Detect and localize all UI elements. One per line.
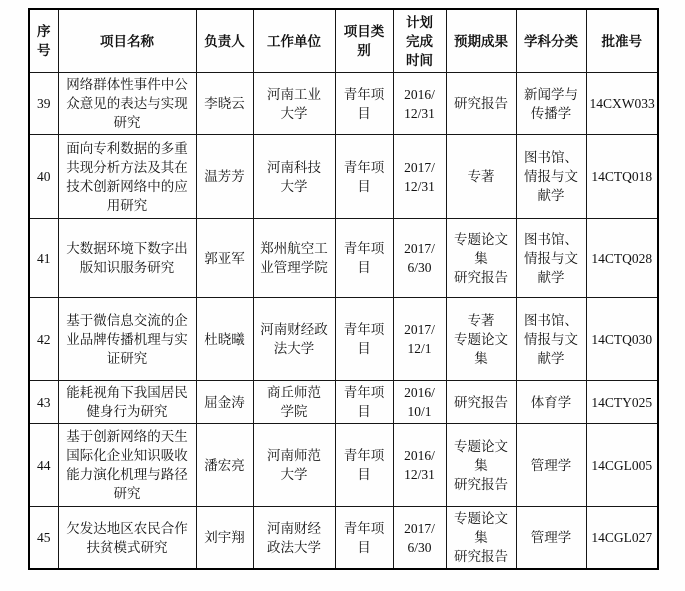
- cell-category: 青年项目: [335, 507, 393, 570]
- cell-time: 2016/ 12/31: [393, 73, 446, 135]
- cell-no: 43: [29, 381, 58, 424]
- cell-no: 45: [29, 507, 58, 570]
- table-row: 43能耗视角下我国居民健身行为研究屈金涛商丘师范 学院青年项目2016/ 10/…: [29, 381, 658, 424]
- cell-no: 41: [29, 219, 58, 298]
- header-row: 序号 项目名称 负责人 工作单位 项目类别 计划 完成 时间 预期成果 学科分类…: [29, 9, 658, 73]
- column-header-outcome: 预期成果: [446, 9, 516, 73]
- table-row: 42基于微信息交流的企业品牌传播机理与实证研究杜晓曦河南财经政 法大学青年项目2…: [29, 298, 658, 381]
- cell-outcome: 专题论文集 研究报告: [446, 424, 516, 507]
- cell-no: 42: [29, 298, 58, 381]
- cell-no: 44: [29, 424, 58, 507]
- cell-outcome: 专题论文集 研究报告: [446, 219, 516, 298]
- table-row: 41大数据环境下数字出版知识服务研究郭亚军郑州航空工 业管理学院青年项目2017…: [29, 219, 658, 298]
- cell-discipline: 管理学: [516, 507, 586, 570]
- cell-time: 2017/ 12/31: [393, 135, 446, 219]
- cell-grant: 14CTQ018: [586, 135, 658, 219]
- table-row: 44基于创新网络的天生国际化企业知识吸收能力演化机理与路径研究潘宏亮河南师范 大…: [29, 424, 658, 507]
- cell-category: 青年项目: [335, 381, 393, 424]
- cell-time: 2017/ 6/30: [393, 507, 446, 570]
- cell-outcome: 专题论文集 研究报告: [446, 507, 516, 570]
- cell-name: 欠发达地区农民合作扶贫模式研究: [58, 507, 196, 570]
- cell-leader: 杜晓曦: [196, 298, 253, 381]
- cell-unit: 郑州航空工 业管理学院: [253, 219, 335, 298]
- cell-grant: 14CGL027: [586, 507, 658, 570]
- cell-outcome: 研究报告: [446, 73, 516, 135]
- cell-time: 2017/ 12/1: [393, 298, 446, 381]
- column-header-unit: 工作单位: [253, 9, 335, 73]
- column-header-grant: 批准号: [586, 9, 658, 73]
- cell-leader: 刘宇翔: [196, 507, 253, 570]
- cell-unit: 商丘师范 学院: [253, 381, 335, 424]
- cell-name: 大数据环境下数字出版知识服务研究: [58, 219, 196, 298]
- table-row: 40面向专利数据的多重共现分析方法及其在技术创新网络中的应用研究温芳芳河南科技 …: [29, 135, 658, 219]
- cell-category: 青年项目: [335, 73, 393, 135]
- cell-outcome: 研究报告: [446, 381, 516, 424]
- cell-name: 面向专利数据的多重共现分析方法及其在技术创新网络中的应用研究: [58, 135, 196, 219]
- cell-name: 能耗视角下我国居民健身行为研究: [58, 381, 196, 424]
- cell-no: 39: [29, 73, 58, 135]
- column-header-serial: 序号: [29, 9, 58, 73]
- cell-unit: 河南财经政 法大学: [253, 298, 335, 381]
- cell-discipline: 图书馆、情报与文献学: [516, 219, 586, 298]
- cell-leader: 郭亚军: [196, 219, 253, 298]
- cell-outcome: 专著: [446, 135, 516, 219]
- cell-leader: 温芳芳: [196, 135, 253, 219]
- cell-leader: 李晓云: [196, 73, 253, 135]
- cell-time: 2016/ 10/1: [393, 381, 446, 424]
- column-header-deadline: 计划 完成 时间: [393, 9, 446, 73]
- cell-name: 基于创新网络的天生国际化企业知识吸收能力演化机理与路径研究: [58, 424, 196, 507]
- column-header-leader: 负责人: [196, 9, 253, 73]
- cell-discipline: 新闻学与传播学: [516, 73, 586, 135]
- cell-leader: 潘宏亮: [196, 424, 253, 507]
- cell-name: 基于微信息交流的企业品牌传播机理与实证研究: [58, 298, 196, 381]
- table-row: 39网络群体性事件中公众意见的表达与实现研究李晓云河南工业 大学青年项目2016…: [29, 73, 658, 135]
- table-row: 45欠发达地区农民合作扶贫模式研究刘宇翔河南财经 政法大学青年项目2017/ 6…: [29, 507, 658, 570]
- cell-unit: 河南工业 大学: [253, 73, 335, 135]
- cell-grant: 14CTQ028: [586, 219, 658, 298]
- table-body: 39网络群体性事件中公众意见的表达与实现研究李晓云河南工业 大学青年项目2016…: [29, 73, 658, 570]
- cell-discipline: 体育学: [516, 381, 586, 424]
- cell-discipline: 管理学: [516, 424, 586, 507]
- cell-category: 青年项目: [335, 219, 393, 298]
- cell-time: 2016/ 12/31: [393, 424, 446, 507]
- cell-no: 40: [29, 135, 58, 219]
- cell-unit: 河南财经 政法大学: [253, 507, 335, 570]
- column-header-discipline: 学科分类: [516, 9, 586, 73]
- cell-grant: 14CXW033: [586, 73, 658, 135]
- cell-grant: 14CGL005: [586, 424, 658, 507]
- projects-table: 序号 项目名称 负责人 工作单位 项目类别 计划 完成 时间 预期成果 学科分类…: [28, 8, 659, 570]
- column-header-category: 项目类别: [335, 9, 393, 73]
- cell-category: 青年项目: [335, 298, 393, 381]
- cell-name: 网络群体性事件中公众意见的表达与实现研究: [58, 73, 196, 135]
- cell-discipline: 图书馆、情报与文献学: [516, 298, 586, 381]
- cell-time: 2017/ 6/30: [393, 219, 446, 298]
- cell-outcome: 专著 专题论文集: [446, 298, 516, 381]
- cell-discipline: 图书馆、情报与文献学: [516, 135, 586, 219]
- cell-grant: 14CTY025: [586, 381, 658, 424]
- cell-unit: 河南科技 大学: [253, 135, 335, 219]
- cell-category: 青年项目: [335, 424, 393, 507]
- document-page: 序号 项目名称 负责人 工作单位 项目类别 计划 完成 时间 预期成果 学科分类…: [0, 0, 685, 591]
- cell-leader: 屈金涛: [196, 381, 253, 424]
- cell-grant: 14CTQ030: [586, 298, 658, 381]
- cell-category: 青年项目: [335, 135, 393, 219]
- column-header-name: 项目名称: [58, 9, 196, 73]
- cell-unit: 河南师范 大学: [253, 424, 335, 507]
